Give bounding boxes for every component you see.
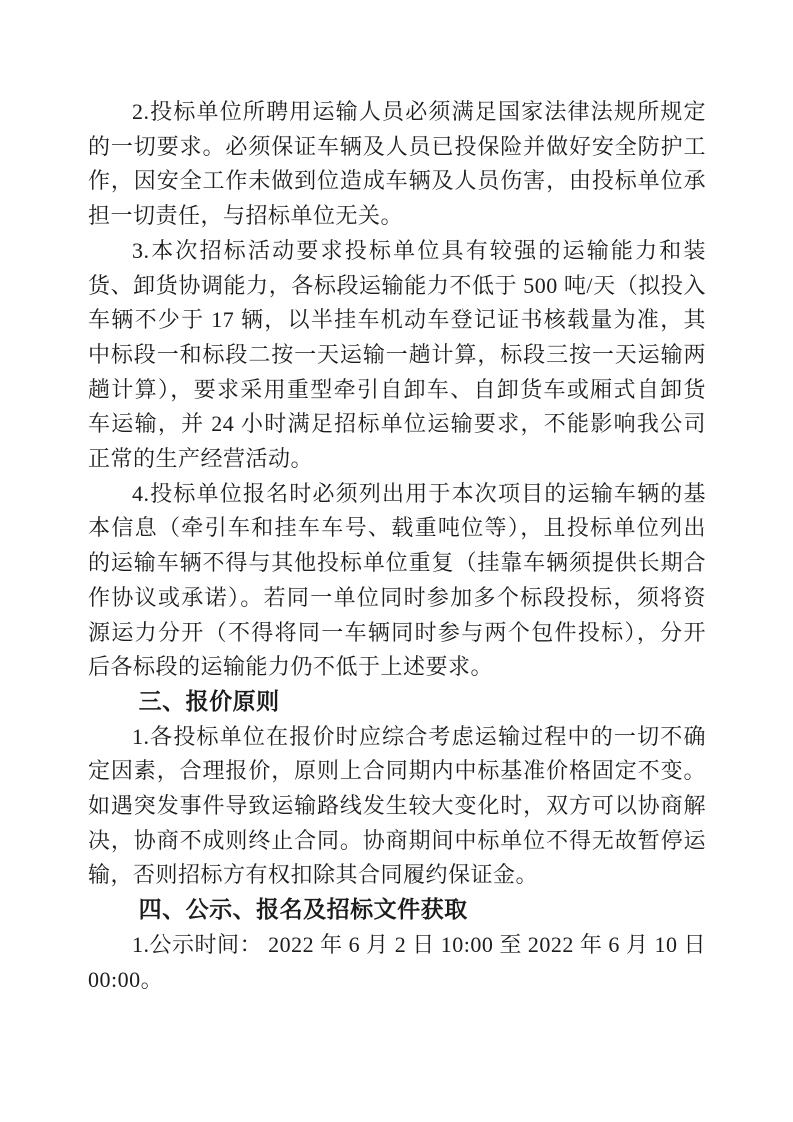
section-heading-announcement-registration: 四、公示、报名及招标文件获取 xyxy=(88,893,706,928)
paragraph-vehicle-information-requirements: 4.投标单位报名时必须列出用于本次项目的运输车辆的基本信息（牵引车和挂车车号、载… xyxy=(88,477,706,685)
paragraph-transport-capacity-requirements: 3.本次招标活动要求投标单位具有较强的运输能力和装货、卸货协调能力，各标段运输能… xyxy=(88,234,706,477)
paragraph-transport-personnel-requirements: 2.投标单位所聘用运输人员必须满足国家法律法规所规定的一切要求。必须保证车辆及人… xyxy=(88,95,706,234)
document-page: 2.投标单位所聘用运输人员必须满足国家法律法规所规定的一切要求。必须保证车辆及人… xyxy=(0,0,793,1122)
section-heading-pricing-principles: 三、报价原则 xyxy=(88,685,706,720)
paragraph-pricing-principles: 1.各投标单位在报价时应综合考虑运输过程中的一切不确定因素，合理报价，原则上合同… xyxy=(88,720,706,894)
document-content: 2.投标单位所聘用运输人员必须满足国家法律法规所规定的一切要求。必须保证车辆及人… xyxy=(88,95,706,997)
paragraph-announcement-time: 1.公示时间： 2022 年 6 月 2 日 10:00 至 2022 年 6 … xyxy=(88,928,706,997)
